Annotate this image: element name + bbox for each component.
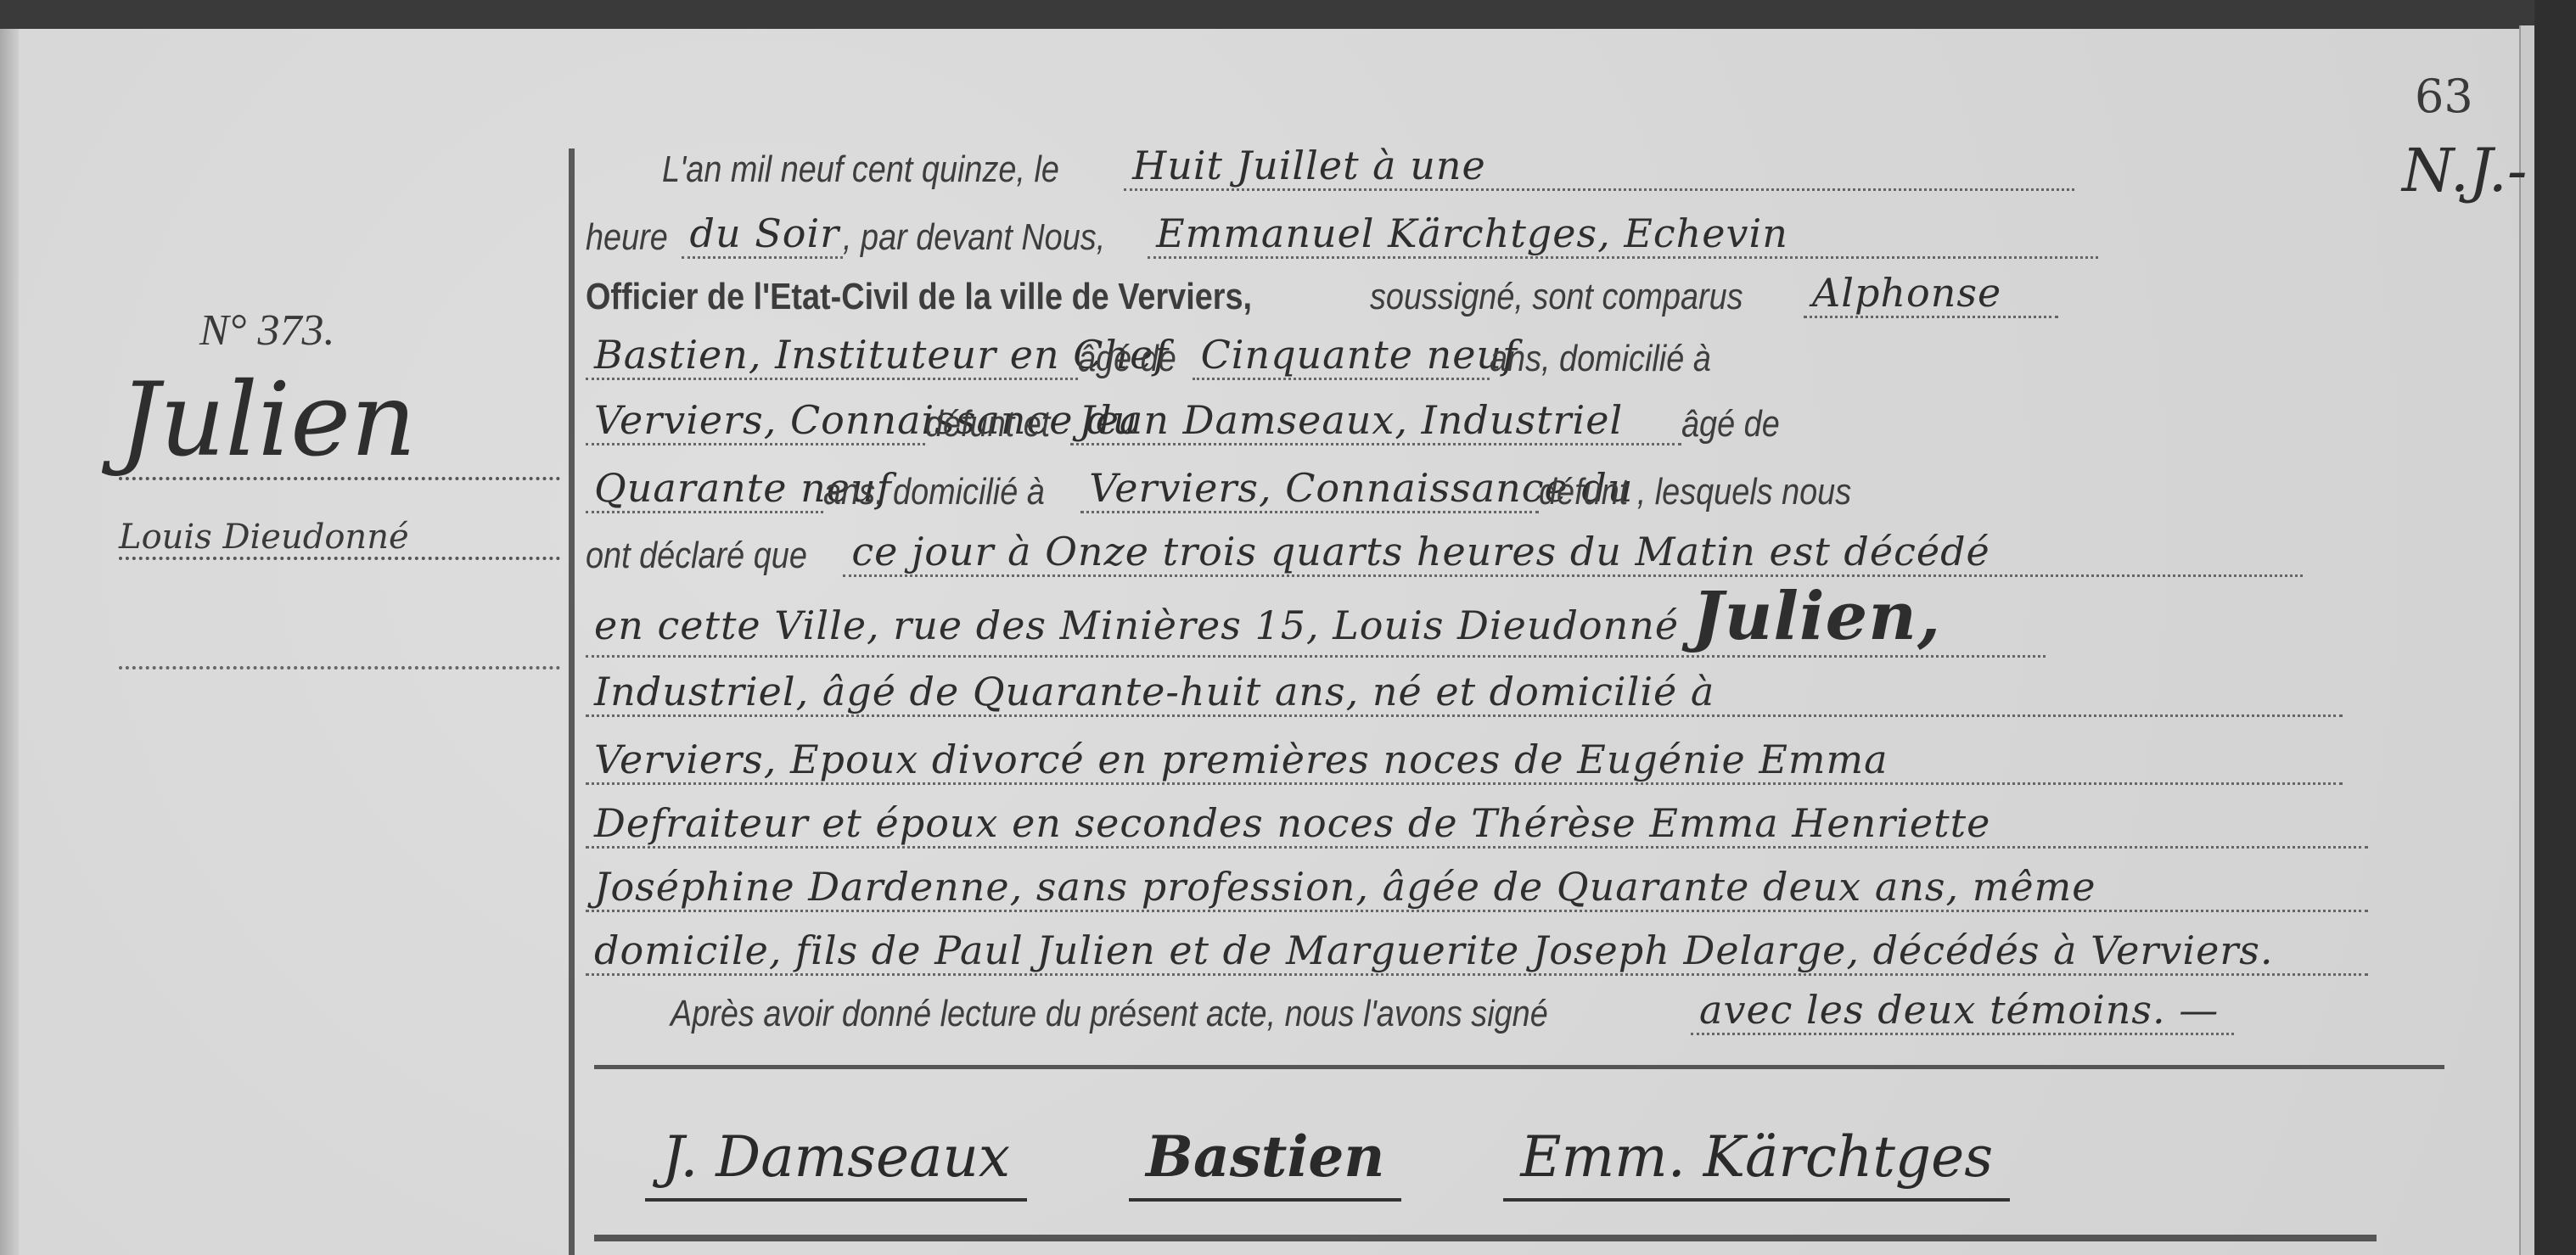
separator-line-top (594, 1065, 2444, 1069)
deceased-surname: Julien, (1692, 578, 1941, 655)
page-edge-right (2519, 25, 2536, 1255)
act-line-3: Officier de l'Etat-Civil de la ville de … (586, 259, 2368, 318)
signature-bastien: Bastien (1129, 1123, 1401, 1202)
separator-line-bottom (594, 1235, 2377, 1241)
act-line-12: Joséphine Dardenne, sans profession, âgé… (586, 853, 2368, 912)
printed-text: ont déclaré que (586, 535, 807, 577)
handwritten-declaration: ce jour à Onze trois quarts heures du Ma… (843, 529, 2303, 577)
act-line-6: Quarante neuf ans, domicilié à Verviers,… (586, 454, 2368, 513)
handwritten-time: du Soir (682, 210, 843, 259)
margin-given-names: Louis Dieudonné (119, 518, 560, 560)
printed-text: , par devant Nous, (843, 216, 1105, 259)
printed-text: soussigné, sont comparus (1370, 276, 1743, 318)
handwritten-occupation: Bastien, Instituteur en Chef (586, 332, 1078, 380)
handwritten-residence: Verviers, Connaissance du (586, 397, 925, 445)
act-number-value: 373. (257, 306, 334, 355)
handwritten-place-name: en cette Ville, rue des Minières 15, Lou… (586, 578, 2046, 658)
printed-text: âgé de (1078, 338, 1176, 380)
handwritten-text: Defraiteur et époux en secondes noces de… (586, 800, 2368, 849)
printed-text: âgé de (1681, 403, 1780, 445)
handwritten-residence: Verviers, Connaissance du (1080, 465, 1539, 513)
printed-text: défunt , lesquels nous (1539, 471, 1851, 513)
printed-text: ans, domicilié à (823, 471, 1045, 513)
handwritten-text: Joséphine Dardenne, sans profession, âgé… (586, 864, 2368, 912)
handwritten-age: Quarante neuf (586, 465, 823, 513)
handwritten-age: Cinquante neuf (1193, 332, 1490, 380)
printed-text: L'an mil neuf cent quinze, le (662, 148, 1059, 191)
page-number: 63 (2415, 70, 2473, 123)
act-line-10: Verviers, Epoux divorcé en premières noc… (586, 726, 2368, 785)
act-line-4: Bastien, Instituteur en Chef âgé de Cinq… (586, 321, 2368, 380)
margin-rule (569, 148, 575, 1255)
page-edge-left (0, 29, 19, 1255)
handwritten-text: Industriel, âgé de Quarante-huit ans, né… (586, 669, 2343, 717)
printed-text: Après avoir donné lecture du présent act… (671, 993, 1548, 1035)
handwritten-date: Huit Juillet à une (1124, 143, 2074, 191)
margin-blank-line (119, 666, 560, 670)
signature-karchtges: Emm. Kärchtges (1503, 1124, 2010, 1202)
handwritten-witness-2: Jean Damseaux, Industriel (1070, 397, 1681, 445)
binder-background (2534, 0, 2576, 1255)
act-number: N° 373. (199, 305, 334, 356)
act-line-13: domicile, fils de Paul Julien et de Marg… (586, 916, 2368, 976)
handwritten-text: en cette Ville, rue des Minières 15, Lou… (594, 602, 1679, 648)
act-number-label: N° (199, 306, 246, 355)
printed-heading: Officier de l'Etat-Civil de la ville de … (586, 276, 1252, 318)
act-line-5: Verviers, Connaissance du défunt et Jean… (586, 386, 2368, 445)
act-line-7: ont déclaré que ce jour à Onze trois qua… (586, 518, 2368, 577)
handwritten-officer: Emmanuel Kärchtges, Echevin (1148, 210, 2098, 259)
act-line-2: heure du Soir , par devant Nous, Emmanue… (586, 199, 2368, 259)
handwritten-closing: avec les deux témoins. — (1691, 987, 2234, 1035)
act-line-8: en cette Ville, rue des Minières 15, Lou… (586, 581, 2368, 658)
handwritten-text: Verviers, Epoux divorcé en premières noc… (586, 737, 2343, 785)
signatures-block: J. Damseaux Bastien Emm. Kärchtges (645, 1103, 2427, 1222)
printed-text: ans, domicilié à (1490, 338, 1711, 380)
act-line-9: Industriel, âgé de Quarante-huit ans, né… (586, 658, 2368, 717)
printed-text: heure (586, 216, 668, 259)
handwritten-text: domicile, fils de Paul Julien et de Marg… (586, 927, 2368, 976)
printed-text: défunt et (925, 403, 1050, 445)
act-line-14: Après avoir donné lecture du présent act… (586, 976, 2453, 1035)
handwritten-witness-1: Alphonse (1804, 270, 2058, 318)
act-line-11: Defraiteur et époux en secondes noces de… (586, 789, 2368, 849)
act-line-1: L'an mil neuf cent quinze, le Huit Juill… (586, 132, 2444, 191)
signature-damseaux: J. Damseaux (645, 1124, 1027, 1202)
margin-surname: Julien (119, 365, 560, 480)
